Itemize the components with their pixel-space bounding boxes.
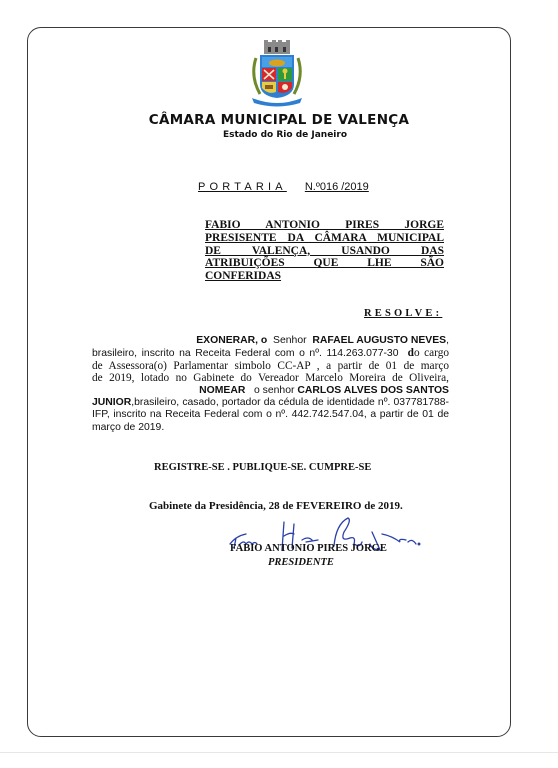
article1-title: Senhor bbox=[273, 335, 307, 346]
article1-line4: de 2019, lotado no Gabinete do Vereador … bbox=[92, 372, 449, 384]
closing-formula: REGISTRE-SE . PUBLIQUE-SE. CUMPRE-SE bbox=[154, 462, 371, 473]
article1-cargo: o cargo bbox=[414, 347, 449, 359]
article1-line2: brasileiro, inscrito na Receita Federal … bbox=[92, 347, 449, 359]
org-subtitle: Estado do Rio de Janeiro bbox=[0, 130, 558, 140]
place-date: Gabinete da Presidência, 28 de FEVEREIRO… bbox=[149, 500, 403, 512]
article2-title: o senhor bbox=[254, 385, 294, 396]
article2-line3: IFP, inscrito na Receita Federal com o n… bbox=[92, 409, 449, 421]
scan-edge bbox=[0, 752, 558, 753]
signer-name: FABIO ANTONIO PIRES JORGE bbox=[230, 543, 387, 554]
preamble-line: CONFERIDAS bbox=[205, 270, 444, 283]
document-title: PORTARIAN.º016 /2019 bbox=[198, 181, 369, 193]
article1-cpf-text: brasileiro, inscrito na Receita Federal … bbox=[92, 348, 399, 359]
org-name: CÂMARA MUNICIPAL DE VALENÇA bbox=[0, 112, 558, 128]
preamble-line: DE VALENÇA, USANDO DAS bbox=[205, 245, 444, 258]
coat-of-arms-icon bbox=[248, 40, 306, 108]
resolve-heading: RESOLVE: bbox=[364, 308, 442, 319]
preamble: FABIO ANTONIO PIRES JORGE PRESISENTE DA … bbox=[205, 219, 444, 283]
article2-name-cont: JUNIOR bbox=[92, 397, 131, 408]
portaria-number: N.º016 /2019 bbox=[305, 181, 369, 193]
article2-line4: março de 2019. bbox=[92, 422, 449, 434]
article1-verb: EXONERAR, o bbox=[196, 335, 267, 346]
preamble-line: FABIO ANTONIO PIRES JORGE bbox=[205, 219, 444, 232]
article2-id-text: ,brasileiro, casado, portador da cédula … bbox=[131, 397, 449, 408]
article2-line2: JUNIOR,brasileiro, casado, portador da c… bbox=[92, 397, 449, 409]
signer-role: PRESIDENTE bbox=[268, 557, 334, 568]
portaria-label: PORTARIA bbox=[198, 181, 287, 193]
preamble-line: ATRIBUIÇÕES QUE LHE SÃO bbox=[205, 257, 444, 270]
article1-line3: de Assessora(o) Parlamentar simbolo CC-A… bbox=[92, 360, 449, 372]
article2-name: CARLOS ALVES DOS SANTOS bbox=[297, 385, 449, 396]
preamble-line: PRESISENTE DA CÂMARA MUNICIPAL bbox=[205, 232, 444, 245]
article2-line1: NOMEAR o senhor CARLOS ALVES DOS SANTOS bbox=[92, 385, 449, 397]
article1-name: RAFAEL AUGUSTO NEVES bbox=[312, 335, 446, 346]
body-text: EXONERAR, o Senhor RAFAEL AUGUSTO NEVES,… bbox=[92, 335, 449, 434]
article1-line1: EXONERAR, o Senhor RAFAEL AUGUSTO NEVES, bbox=[92, 335, 449, 347]
article2-verb: NOMEAR bbox=[199, 385, 245, 396]
